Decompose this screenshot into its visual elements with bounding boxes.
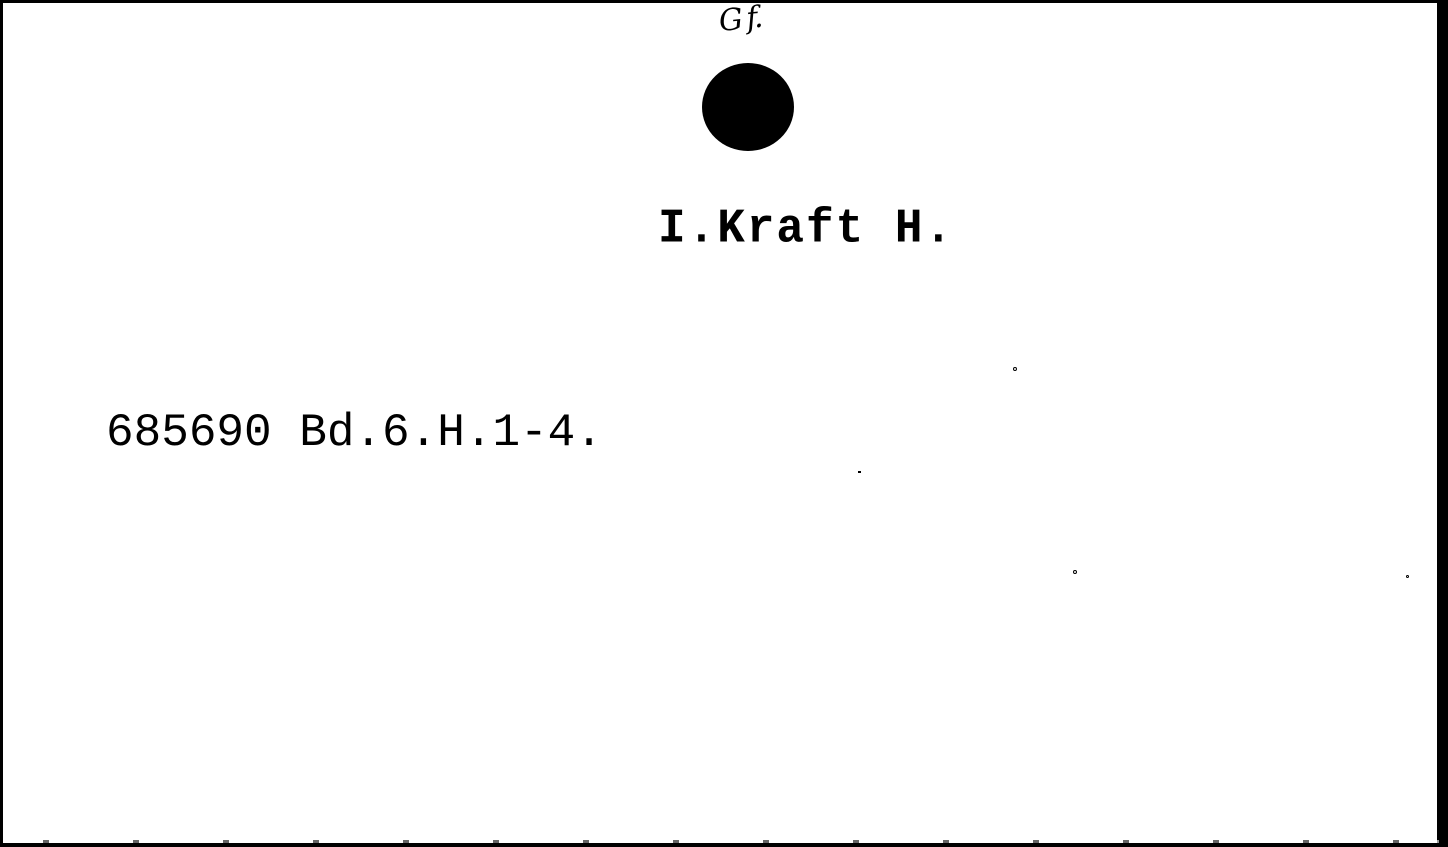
punch-hole [702, 63, 794, 151]
dust-speck [858, 471, 861, 473]
catalog-card: G f. I.Kraft H. 685690 Bd.6.H.1-4. [3, 3, 1439, 843]
dust-speck [1073, 570, 1077, 574]
card-bottom-edge [3, 840, 1439, 843]
handwritten-annotation: G f. [718, 3, 762, 37]
call-number: 685690 Bd.6.H.1-4. [106, 407, 603, 459]
author-heading: I.Kraft H. [658, 202, 954, 257]
dust-speck [1406, 575, 1409, 578]
dust-speck [1013, 367, 1017, 371]
